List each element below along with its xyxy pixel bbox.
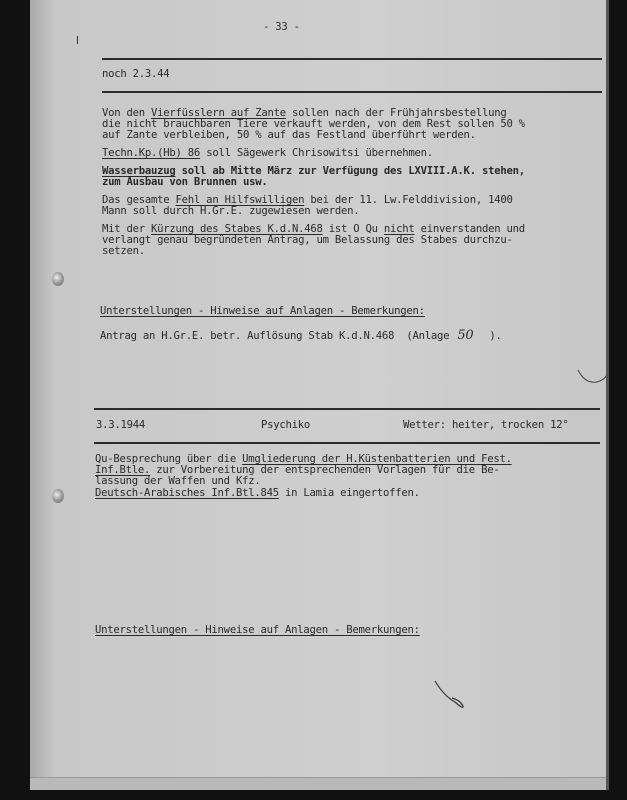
annex-label: (Anlage (406, 330, 449, 342)
paragraph-line: auf Zante verbleiben, 50 % auf das Festl… (102, 130, 476, 141)
remarks-text: Antrag an H.Gr.E. betr. Auflösung Stab K… (100, 330, 502, 342)
header-rule-bottom (102, 91, 602, 93)
paragraph-line: Deutsch-Arabisches Inf.Btl.845 in Lamia … (95, 488, 420, 499)
document-page: - 33 - noch 2.3.44 Von den Vierfüsslern … (30, 0, 608, 790)
header-rule-top (102, 58, 602, 60)
underlined-phrase: Deutsch-Arabisches Inf.Btl.845 (95, 487, 279, 499)
entry2-date: 3.3.1944 (96, 420, 145, 431)
paragraph-line: zum Ausbau von Brunnen usw. (102, 177, 267, 188)
remarks-heading: Unterstellungen - Hinweise auf Anlagen -… (100, 306, 425, 317)
paragraph-line: lassung der Waffen und Kfz. (95, 476, 260, 487)
entry2-weather: Wetter: heiter, trocken 12° (403, 420, 568, 431)
punch-hole (52, 489, 64, 503)
entry-header-date: noch 2.3.44 (102, 69, 169, 80)
paragraph-line: verlangt genau begründeten Antrag, um Be… (102, 235, 513, 246)
pen-mark (575, 362, 615, 392)
ink-mark (77, 36, 78, 44)
remarks-heading: Unterstellungen - Hinweise auf Anlagen -… (95, 625, 420, 636)
entry2-location: Psychiko (261, 420, 310, 431)
remarks-body: Antrag an H.Gr.E. betr. Auflösung Stab K… (100, 330, 394, 342)
entry2-rule-top (94, 408, 600, 410)
paragraph-line: setzen. (102, 246, 145, 257)
page-number: - 33 - (263, 22, 300, 33)
paragraph-line: Techn.Kp.(Hb) 86 soll Sägewerk Chrisowit… (102, 148, 433, 159)
annex-close: ). (489, 330, 501, 342)
annex-number: 50 (457, 328, 473, 343)
pen-mark (430, 678, 480, 718)
entry2-rule-bottom (94, 442, 600, 444)
paragraph-line: Mann soll durch H.Gr.E. zugewiesen werde… (102, 206, 359, 217)
page-edge (606, 0, 609, 790)
underlined-phrase: Techn.Kp.(Hb) 86 (102, 147, 200, 159)
punch-hole (52, 272, 64, 286)
